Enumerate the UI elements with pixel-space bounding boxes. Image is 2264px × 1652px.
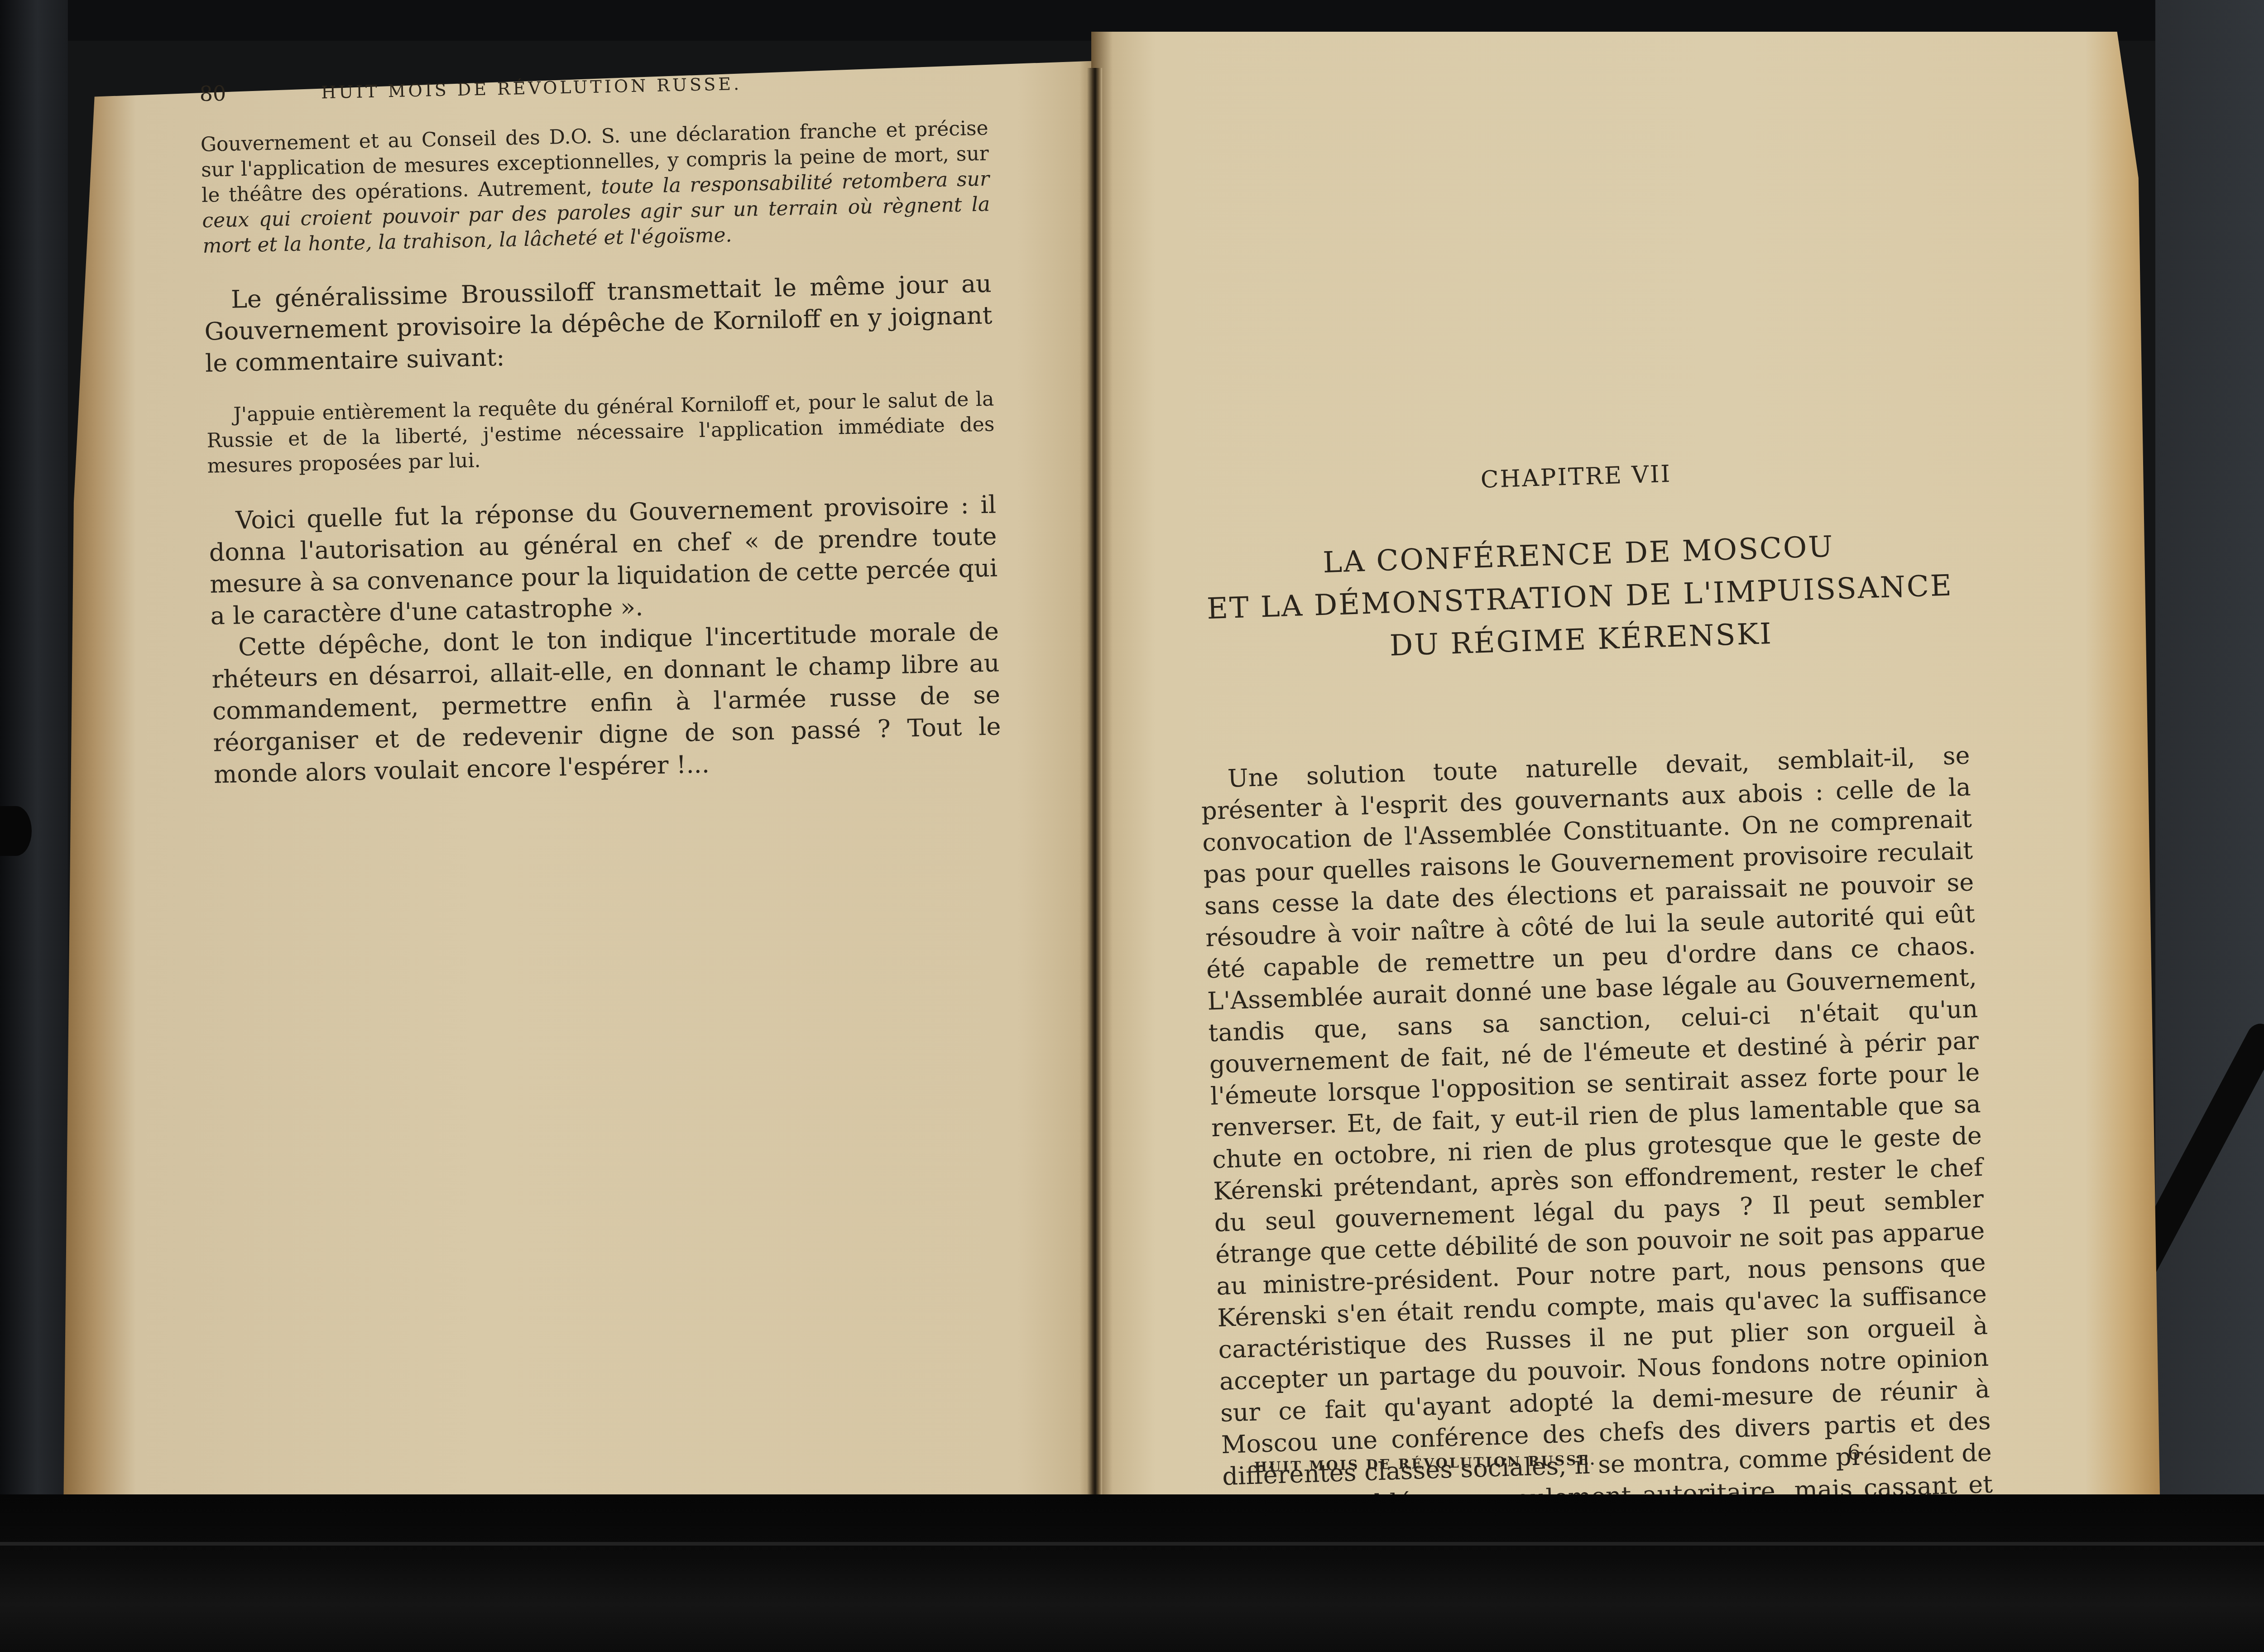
display-case-right [2155,0,2264,1652]
page-number: 80 [199,81,226,106]
chapter-title: LA CONFÉRENCE DE MOSCOU ET LA DÉMONSTRAT… [1193,522,1967,673]
paragraph-reponse: Voici quelle fut la réponse du Gouvernem… [208,489,998,632]
case-clip [0,806,32,856]
left-page-content: 80 HUIT MOIS DE RÉVOLUTION RUSSE. Gouver… [199,65,1002,791]
left-page-header: 80 HUIT MOIS DE RÉVOLUTION RUSSE. [199,65,988,106]
quote-continuation: Gouvernement et au Conseil des D.O. S. u… [200,116,990,259]
quote-broussiloff: J'appuie entièrement la requête du génér… [206,386,995,479]
paragraph-depeche: Cette dépêche, dont le ton indique l'inc… [211,615,1002,790]
display-case-edge [0,1542,2264,1546]
quote-roman: Gouvernement et au Conseil des D.O. S. u… [200,117,989,207]
paragraph-broussiloff: Le généralissime Broussiloff transmettai… [203,268,993,379]
signature-number: 6 [1847,1440,1861,1465]
chapter-body: Une solution toute naturelle devait, sem… [1200,740,1994,1556]
book-gutter [1087,68,1102,1494]
right-page-content: CHAPITRE VII LA CONFÉRENCE DE MOSCOU ET … [1191,451,1994,1556]
display-case-bottom [0,1494,2264,1652]
running-head: HUIT MOIS DE RÉVOLUTION RUSSE. [321,74,742,102]
